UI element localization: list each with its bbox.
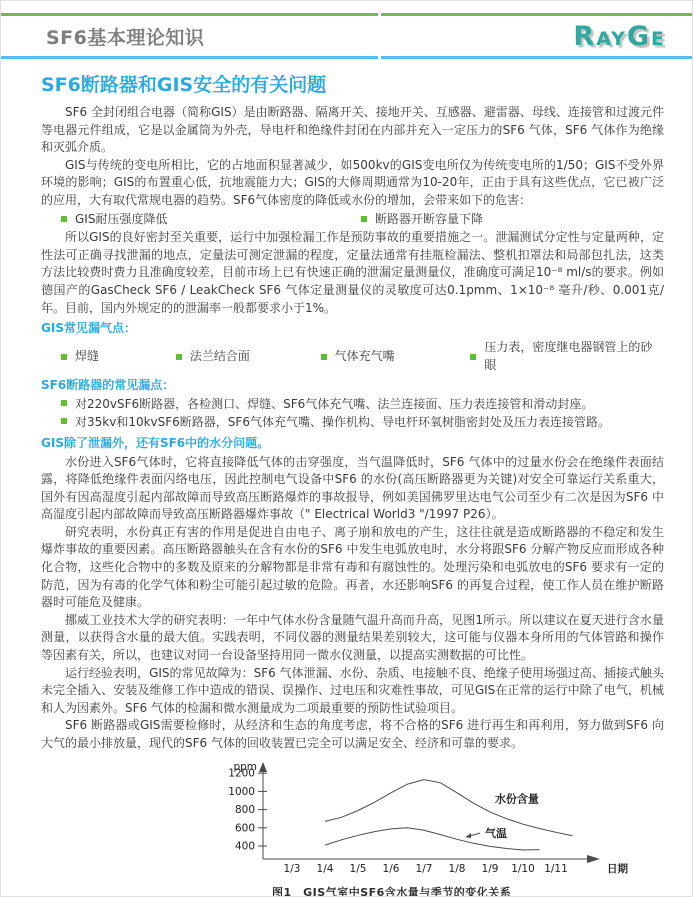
breaker-leak-item: 对220vSF6断路器，各检测口、焊缝、SF6气体充气嘴、法兰连接面、压力表连接…: [61, 396, 664, 414]
paragraph-norway-study: 挪威工业技术大学的研究表明：一年中气体水份含量随气温升高而升高，见图1所示。所以…: [41, 612, 664, 665]
figure1: 40060080010001200ppm1/31/41/51/61/71/81/…: [226, 761, 664, 897]
top-rule: [1, 13, 692, 16]
svg-text:400: 400: [235, 840, 255, 852]
svg-text:600: 600: [235, 822, 255, 834]
square-bullet-icon: [321, 354, 327, 360]
leak-point-item: 法兰结合面: [176, 348, 321, 366]
svg-text:1/4: 1/4: [317, 863, 334, 875]
svg-text:1/6: 1/6: [383, 863, 400, 875]
figure1-chart: 40060080010001200ppm1/31/41/51/61/71/81/…: [226, 761, 666, 879]
rule-gap: [378, 13, 381, 16]
svg-text:1000: 1000: [228, 785, 255, 797]
square-bullet-icon: [61, 354, 67, 360]
svg-text:日期: 日期: [607, 862, 628, 875]
svg-text:1/10: 1/10: [511, 863, 535, 875]
page: SF6基本理论知识 RayGe SF6断路器和GIS安全的有关问题 SF6 全封…: [0, 0, 693, 897]
rayge-logo: RayGe: [573, 21, 666, 52]
svg-text:ppm: ppm: [233, 761, 257, 773]
breaker-leak-label: 对35kv和10kvSF6断路器，SF6气体充气嘴、操作机构、导电杆环氧树脂密封…: [75, 414, 610, 432]
square-bullet-icon: [470, 354, 476, 360]
square-bullet-icon: [61, 418, 67, 424]
hazard-bullets-row: GIS耐压强度降低 断路器开断容量下降: [41, 211, 664, 229]
svg-text:1/11: 1/11: [544, 863, 568, 875]
svg-text:1/9: 1/9: [482, 863, 499, 875]
hazard-item: 断路器开断容量下降: [361, 211, 483, 229]
page-title: SF6基本理论知识: [46, 23, 204, 50]
hazard-item-label: GIS耐压强度降低: [75, 211, 167, 229]
hazard-item-label: 断路器开断容量下降: [375, 211, 483, 229]
svg-text:气温: 气温: [485, 826, 507, 840]
leak-point-label: 气体充气嘴: [335, 348, 395, 366]
svg-text:1/7: 1/7: [416, 863, 433, 875]
square-bullet-icon: [176, 354, 182, 360]
square-bullet-icon: [61, 400, 67, 406]
article-title: SF6断路器和GIS安全的有关问题: [41, 70, 664, 97]
leak-points-heading: GIS常见漏气点：: [41, 320, 664, 337]
paragraph-recycling: SF6 断路器或GIS需要检修时，从经济和生态的角度考虑，将不合格的SF6 进行…: [41, 717, 664, 752]
leak-point-item: 焊缝: [61, 348, 176, 366]
rule-gap: [378, 56, 381, 59]
paragraph-moisture-effect: 水份进入SF6气体时，它将直接降低气体的击穿强度，当气温降低时，SF6 气体中的…: [41, 454, 664, 524]
header-divider-rule: [1, 56, 692, 59]
breaker-leak-item: 对35kv和10kvSF6断路器，SF6气体充气嘴、操作机构、导电杆环氧树脂密封…: [61, 414, 664, 432]
leak-point-item: 压力表，密度继电器钢管上的砂眼: [470, 339, 664, 374]
leak-point-label: 焊缝: [75, 348, 99, 366]
leak-point-item: 气体充气嘴: [321, 348, 471, 366]
paragraph-operation-experience: 运行经验表明，GIS的常见故障为：SF6 气体泄漏、水份、杂质、电接触不良、绝缘…: [41, 665, 664, 718]
svg-text:1/5: 1/5: [350, 863, 367, 875]
leak-points-row: 焊缝 法兰结合面 气体充气嘴 压力表，密度继电器钢管上的砂眼: [41, 339, 664, 374]
page-header: SF6基本理论知识 RayGe: [1, 16, 692, 56]
square-bullet-icon: [61, 216, 67, 222]
breaker-leak-label: 对220vSF6断路器，各检测口、焊缝、SF6气体充气嘴、法兰连接面、压力表连接…: [75, 396, 593, 414]
moisture-heading: GIS除了泄漏外，还有SF6中的水分问题。: [41, 435, 664, 452]
leak-point-label: 压力表，密度继电器钢管上的砂眼: [484, 339, 664, 374]
square-bullet-icon: [361, 216, 367, 222]
svg-text:800: 800: [235, 804, 255, 816]
breaker-leaks-heading: SF6断路器的常见漏点：: [41, 377, 664, 394]
paragraph-gis-advantages: GIS与传统的变电所相比，它的占地面积显著减少，如500kv的GIS变电所仅为传…: [41, 157, 664, 210]
svg-text:1/3: 1/3: [284, 863, 301, 875]
paragraph-leak-testing: 所以GIS的良好密封至关重要，运行中加强检漏工作是预防事故的重要措施之一。泄漏测…: [41, 229, 664, 317]
paragraph-intro: SF6 全封闭组合电器（简称GIS）是由断路器、隔离开关、接地开关、互感器、避雷…: [41, 104, 664, 157]
article: SF6断路器和GIS安全的有关问题 SF6 全封闭组合电器（简称GIS）是由断路…: [1, 59, 692, 897]
hazard-item: GIS耐压强度降低: [61, 211, 361, 229]
figure1-caption: 图1 GIS气室中SF6含水量与季节的变化关系: [226, 884, 664, 897]
svg-text:水份含量: 水份含量: [495, 791, 539, 805]
svg-text:1/8: 1/8: [449, 863, 466, 875]
leak-point-label: 法兰结合面: [190, 348, 250, 366]
paragraph-research: 研究表明，水份真正有害的作用是促进自由电子、离子崩和放电的产生，这往往就是造成断…: [41, 524, 664, 612]
